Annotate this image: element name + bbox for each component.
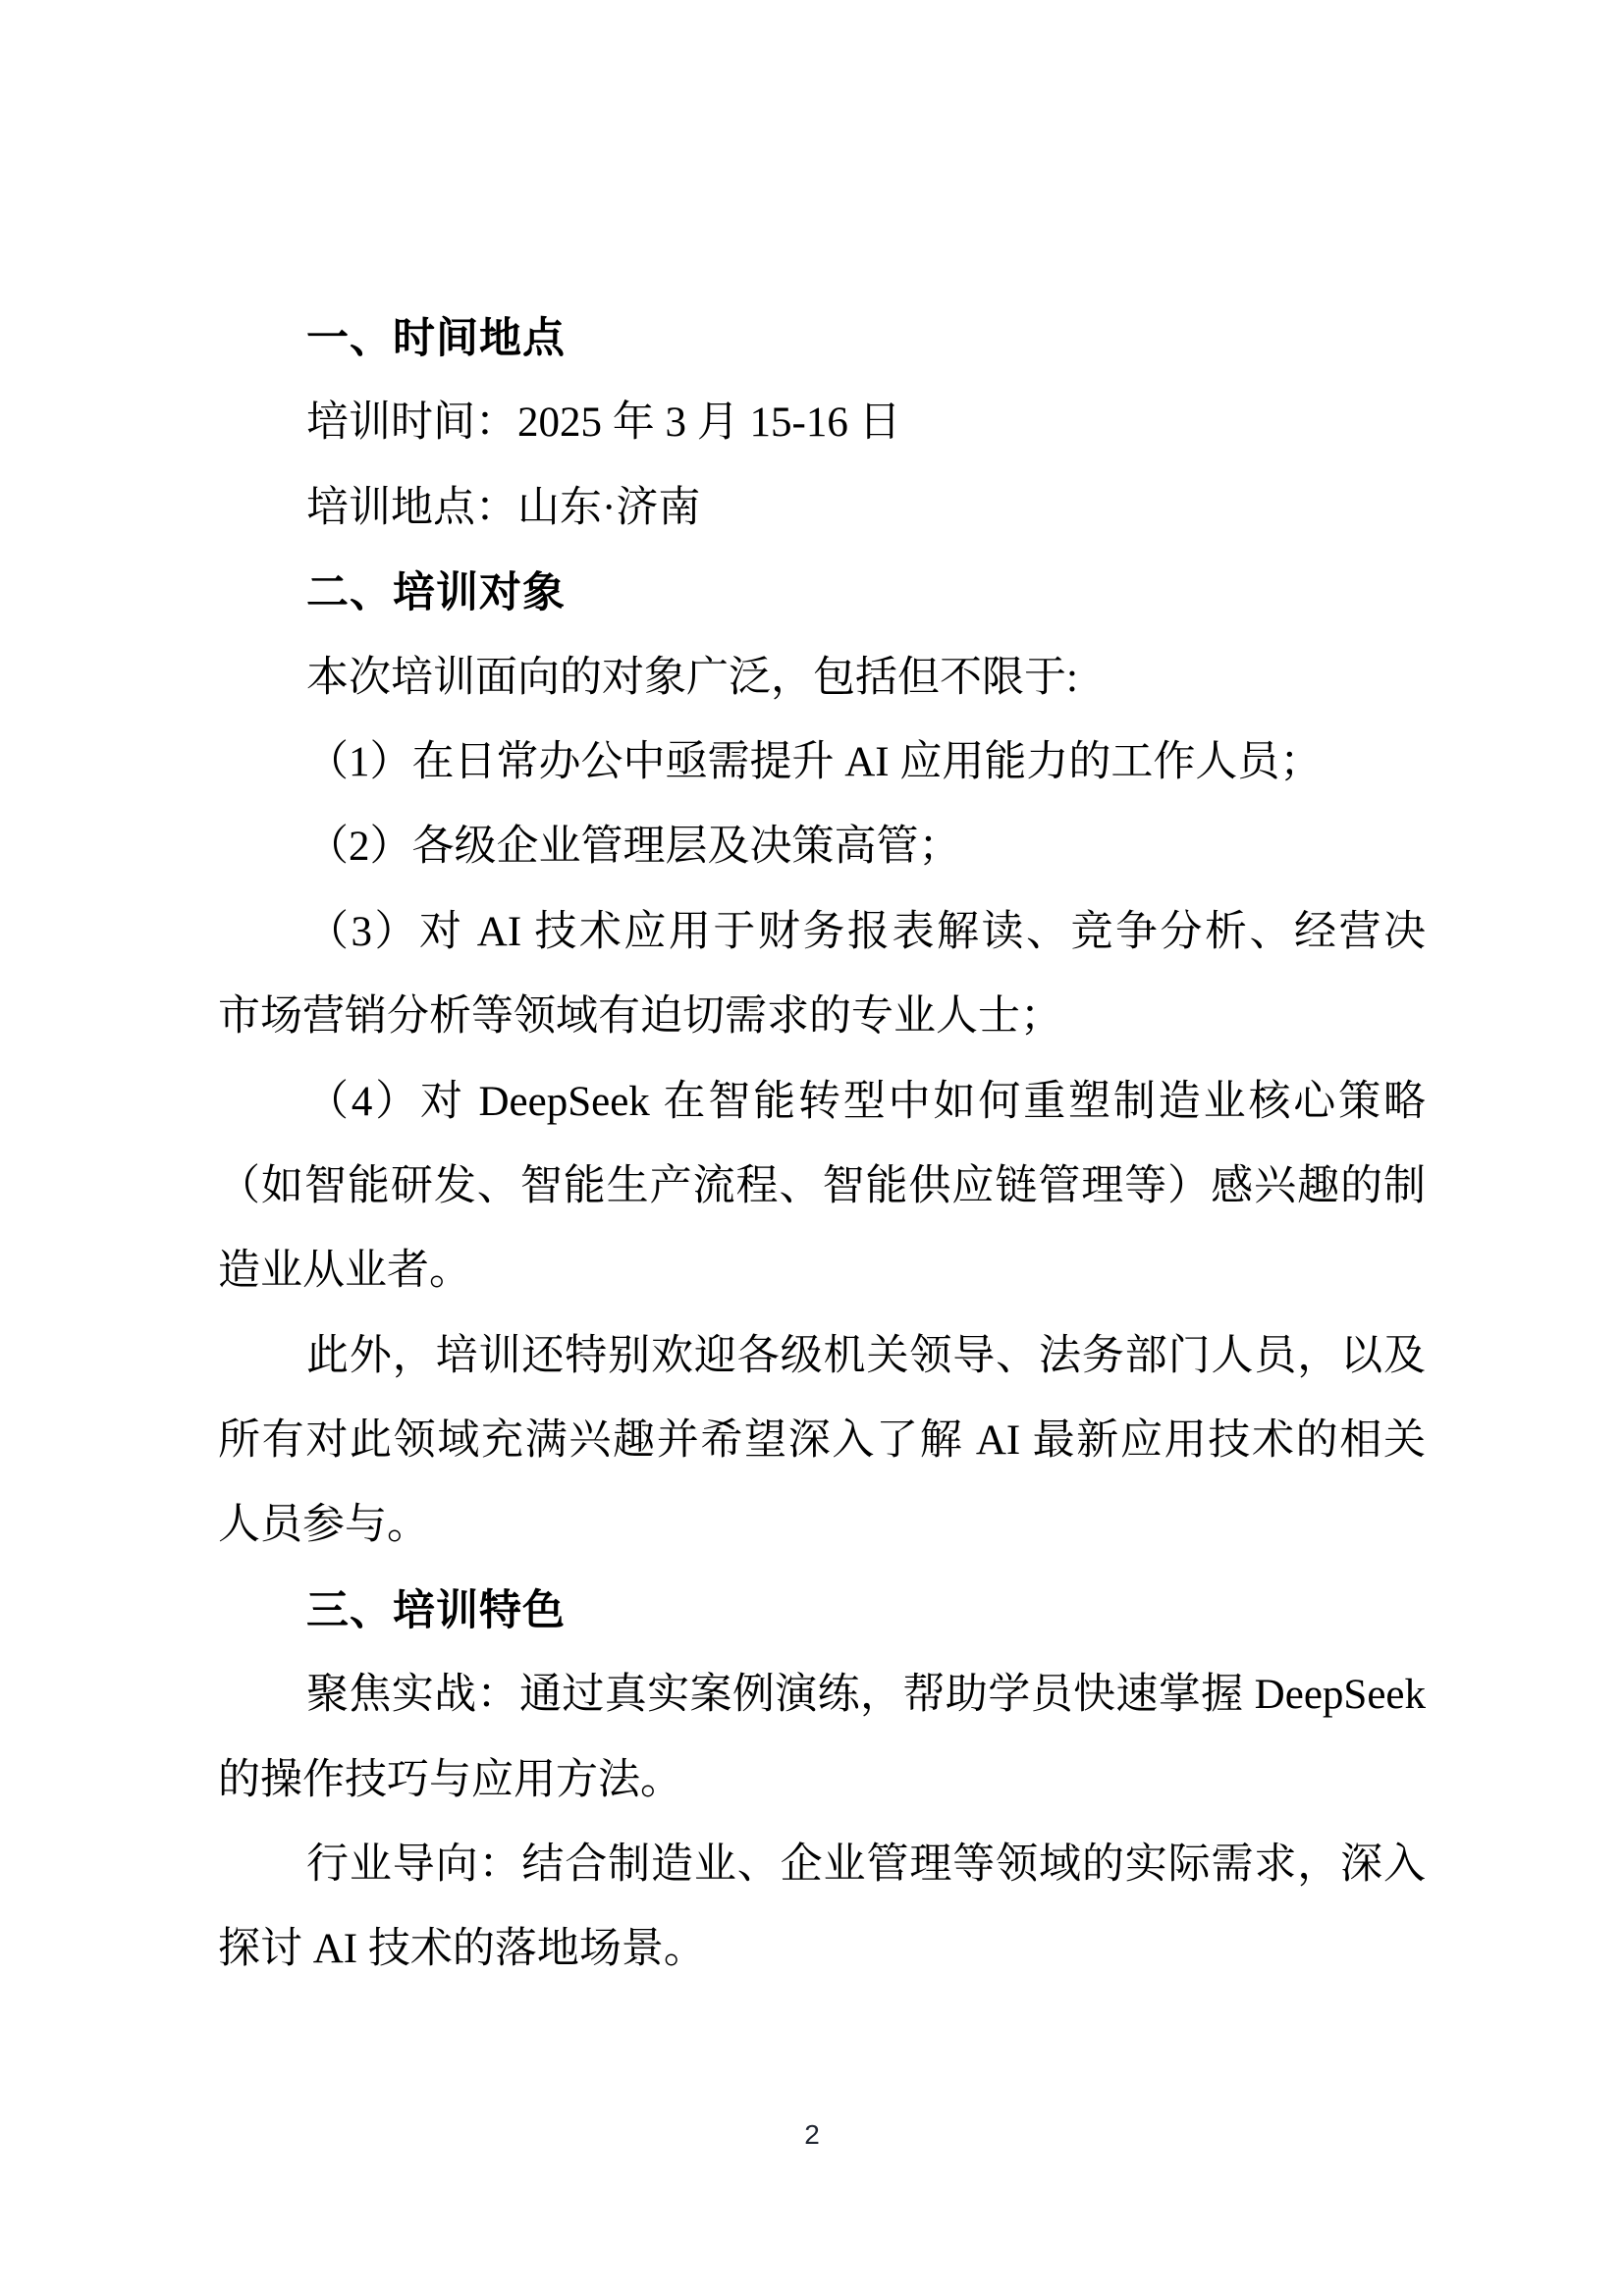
text-line: 培训地点：山东·济南 [218,466,1426,551]
document-page: 一、时间地点培训时间：2025 年 3 月 15-16 日培训地点：山东·济南二… [0,0,1624,2296]
text-line: （4）对 DeepSeek 在智能转型中如何重塑制造业核心策略 [218,1060,1426,1145]
text-line: 此外，培训还特别欢迎各级机关领导、法务部门人员，以及 [218,1314,1426,1399]
text-line: 行业导向：结合制造业、企业管理等领域的实际需求，深入 [218,1823,1426,1907]
text-line: 培训时间：2025 年 3 月 15-16 日 [218,381,1426,465]
text-line: （如智能研发、智能生产流程、智能供应链管理等）感兴趣的制 [218,1145,1426,1229]
section-heading: 三、培训特色 [218,1569,1426,1653]
text-line: 本次培训面向的对象广泛，包括但不限于: [218,636,1426,721]
text-line: 聚焦实战：通过真实案例演练，帮助学员快速掌握 DeepSeek [218,1653,1426,1737]
document-body: 一、时间地点培训时间：2025 年 3 月 15-16 日培训地点：山东·济南二… [218,296,1426,1993]
text-line: 所有对此领域充满兴趣并希望深入了解 AI 最新应用技术的相关 [218,1399,1426,1483]
text-line: 造业从业者。 [218,1229,1426,1313]
text-line: 市场营销分析等领域有迫切需求的专业人士； [218,975,1426,1059]
page-number: 2 [804,2119,820,2150]
page-footer: 2 [0,2118,1624,2152]
text-line: （3）对 AI 技术应用于财务报表解读、竞争分析、经营决策、 [218,890,1426,975]
section-heading: 一、时间地点 [218,296,1426,381]
text-line: （1）在日常办公中亟需提升 AI 应用能力的工作人员； [218,721,1426,805]
text-line: 人员参与。 [218,1483,1426,1568]
text-line: 探讨 AI 技术的落地场景。 [218,1907,1426,1992]
section-heading: 二、培训对象 [218,551,1426,635]
text-line: （2）各级企业管理层及决策高管； [218,805,1426,889]
text-line: 的操作技巧与应用方法。 [218,1738,1426,1823]
